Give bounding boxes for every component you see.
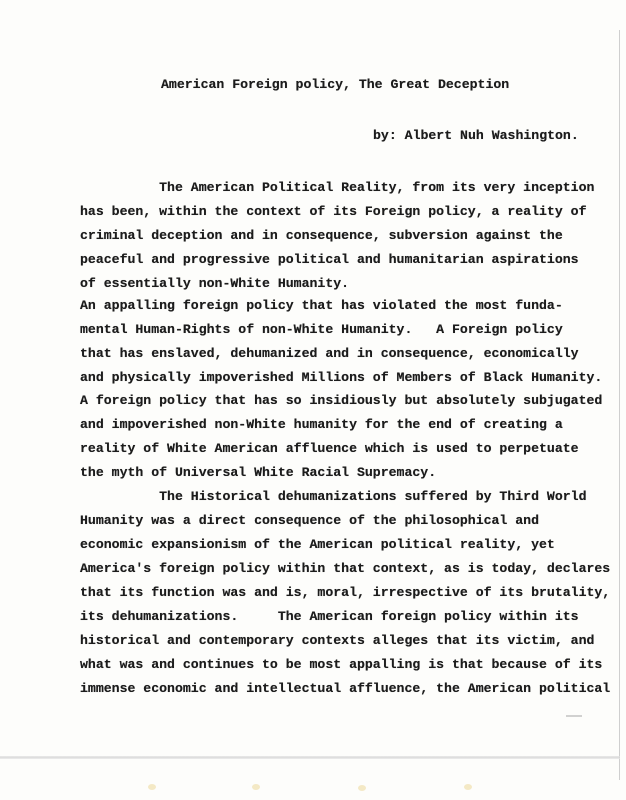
paper-stain xyxy=(464,784,472,790)
body-line: and physically impoverished Millions of … xyxy=(80,370,602,385)
typewritten-page: American Foreign policy, The Great Decep… xyxy=(0,0,626,800)
body-line: mental Human-Rights of non-White Humanit… xyxy=(80,322,563,337)
body-line: historical and contemporary contexts all… xyxy=(80,633,594,648)
body-line: Humanity was a direct consequence of the… xyxy=(80,513,539,528)
body-line: A foreign policy that has so insidiously… xyxy=(80,393,602,408)
paper-stain xyxy=(358,785,366,791)
body-line: The American Political Reality, from its… xyxy=(80,180,594,195)
paper-stain xyxy=(252,784,260,790)
body-line: the myth of Universal White Racial Supre… xyxy=(80,465,436,480)
body-line: what was and continues to be most appall… xyxy=(80,657,602,672)
body-line: reality of White American affluence whic… xyxy=(80,441,579,456)
body-line: criminal deception and in consequence, s… xyxy=(80,228,563,243)
page-edge-line xyxy=(619,30,620,780)
body-line: that has enslaved, dehumanized and in co… xyxy=(80,346,579,361)
body-line: peaceful and progressive political and h… xyxy=(80,252,579,267)
document-title: American Foreign policy, The Great Decep… xyxy=(161,77,509,92)
body-line: An appalling foreign policy that has vio… xyxy=(80,298,563,313)
ink-smudge xyxy=(566,715,582,717)
body-line: its dehumanizations. The American foreig… xyxy=(80,609,579,624)
body-line: America's foreign policy within that con… xyxy=(80,561,610,576)
body-line: and impoverished non-White humanity for … xyxy=(80,417,563,432)
fold-crease xyxy=(0,756,620,759)
body-line: that its function was and is, moral, irr… xyxy=(80,585,610,600)
body-line: The Historical dehumanizations suffered … xyxy=(80,489,586,504)
body-line: immense economic and intellectual afflue… xyxy=(80,681,610,696)
author-byline: by: Albert Nuh Washington. xyxy=(373,128,579,143)
body-line: economic expansionism of the American po… xyxy=(80,537,555,552)
body-line: has been, within the context of its Fore… xyxy=(80,204,586,219)
body-line: of essentially non-White Humanity. xyxy=(80,276,349,291)
paper-stain xyxy=(148,784,156,790)
